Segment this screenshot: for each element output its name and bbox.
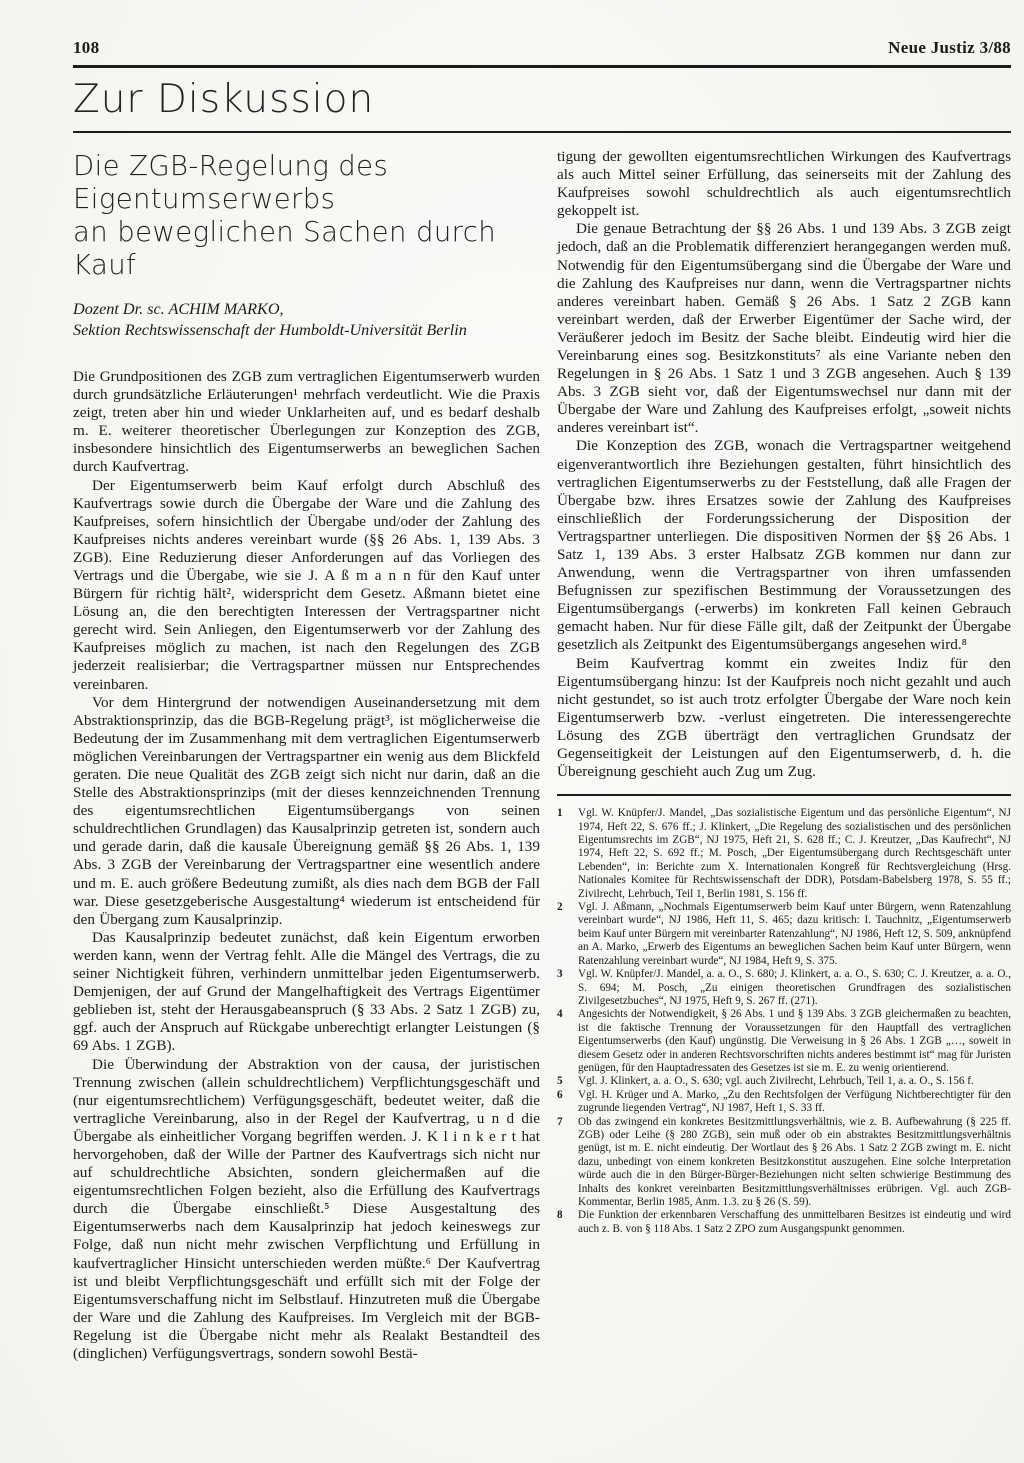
footnote-text: Vgl. W. Knüpfer/J. Mandel, „Das sozialis… xyxy=(578,807,1011,901)
author-name: Dozent Dr. sc. ACHIM MARKO, xyxy=(73,299,540,320)
footnote: 3 Vgl. W. Knüpfer/J. Mandel, a. a. O., S… xyxy=(557,968,1011,1008)
footnote-number: 2 xyxy=(557,901,578,968)
footnote: 6 Vgl. H. Krüger und A. Marko, „Zu den R… xyxy=(557,1089,1011,1116)
article-title-line2: an beweglichen Sachen durch Kauf xyxy=(73,216,540,282)
footnote-number: 6 xyxy=(557,1089,578,1116)
article-title: Die ZGB-Regelung des Eigentumserwerbs an… xyxy=(73,150,540,282)
journal-page: 108 Neue Justiz 3/88 Zur Diskussion Die … xyxy=(0,0,1024,1463)
footnote: 1 Vgl. W. Knüpfer/J. Mandel, „Das sozial… xyxy=(557,807,1011,901)
footnote-number: 1 xyxy=(557,807,578,901)
body-paragraph: Das Kausalprinzip bedeutet zunächst, daß… xyxy=(73,929,540,1056)
footnote: 7 Ob das zwingend ein konkretes Besitzmi… xyxy=(557,1116,1011,1210)
footnote-number: 4 xyxy=(557,1008,578,1075)
footnote-text: Vgl. J. Aßmann, „Nochmals Eigentumserwer… xyxy=(578,901,1011,968)
footnote: 5 Vgl. J. Klinkert, a. a. O., S. 630; vg… xyxy=(557,1075,1011,1088)
right-column: tigung der gewollten eigentumsrechtliche… xyxy=(557,148,1011,1363)
footnote-number: 8 xyxy=(557,1209,578,1236)
footnote: 8 Die Funktion der erkennbaren Verschaff… xyxy=(557,1209,1011,1236)
article-columns: Die ZGB-Regelung des Eigentumserwerbs an… xyxy=(73,148,1011,1363)
section-rule xyxy=(73,131,1011,133)
footnote-number: 7 xyxy=(557,1116,578,1210)
footnote-text: Vgl. H. Krüger und A. Marko, „Zu den Rec… xyxy=(578,1089,1011,1116)
body-paragraph: Die Grundpositionen des ZGB zum vertragl… xyxy=(73,368,540,477)
body-paragraph: Der Eigentumserwerb beim Kauf erfolgt du… xyxy=(73,477,540,694)
body-paragraph: Die Konzeption des ZGB, wonach die Vertr… xyxy=(557,437,1011,654)
page-number: 108 xyxy=(73,38,99,58)
section-title: Zur Diskussion xyxy=(73,80,1011,121)
body-paragraph: Die genaue Betrachtung der §§ 26 Abs. 1 … xyxy=(557,220,1011,437)
page-header: 108 Neue Justiz 3/88 xyxy=(73,38,1011,58)
footnote-number: 3 xyxy=(557,968,578,1008)
author-block: Dozent Dr. sc. ACHIM MARKO, Sektion Rech… xyxy=(73,299,540,341)
footnote-text: Vgl. J. Klinkert, a. a. O., S. 630; vgl.… xyxy=(578,1075,1011,1088)
article-title-line1: Die ZGB-Regelung des Eigentumserwerbs xyxy=(73,150,540,216)
journal-title: Neue Justiz 3/88 xyxy=(888,38,1011,58)
author-affiliation: Sektion Rechtswissenschaft der Humboldt-… xyxy=(73,320,540,341)
left-column: Die ZGB-Regelung des Eigentumserwerbs an… xyxy=(73,148,540,1363)
body-paragraph: Beim Kaufvertrag kommt ein zweites Indiz… xyxy=(557,655,1011,782)
footnote-text: Angesichts der Notwendigkeit, § 26 Abs. … xyxy=(578,1008,1011,1075)
footnote-number: 5 xyxy=(557,1075,578,1088)
footnote-text: Ob das zwingend ein konkretes Besitzmitt… xyxy=(578,1116,1011,1210)
footnote-text: Die Funktion der erkennbaren Verschaffun… xyxy=(578,1209,1011,1236)
footnote: 4 Angesichts der Notwendigkeit, § 26 Abs… xyxy=(557,1008,1011,1075)
header-rule xyxy=(73,65,1011,68)
body-paragraph: Vor dem Hintergrund der notwendigen Ause… xyxy=(73,694,540,929)
body-paragraph: tigung der gewollten eigentumsrechtliche… xyxy=(557,148,1011,220)
body-paragraph: Die Überwindung der Abstraktion von der … xyxy=(73,1056,540,1364)
footnotes-section: 1 Vgl. W. Knüpfer/J. Mandel, „Das sozial… xyxy=(557,794,1011,1236)
footnote-text: Vgl. W. Knüpfer/J. Mandel, a. a. O., S. … xyxy=(578,968,1011,1008)
footnote: 2 Vgl. J. Aßmann, „Nochmals Eigentumserw… xyxy=(557,901,1011,968)
